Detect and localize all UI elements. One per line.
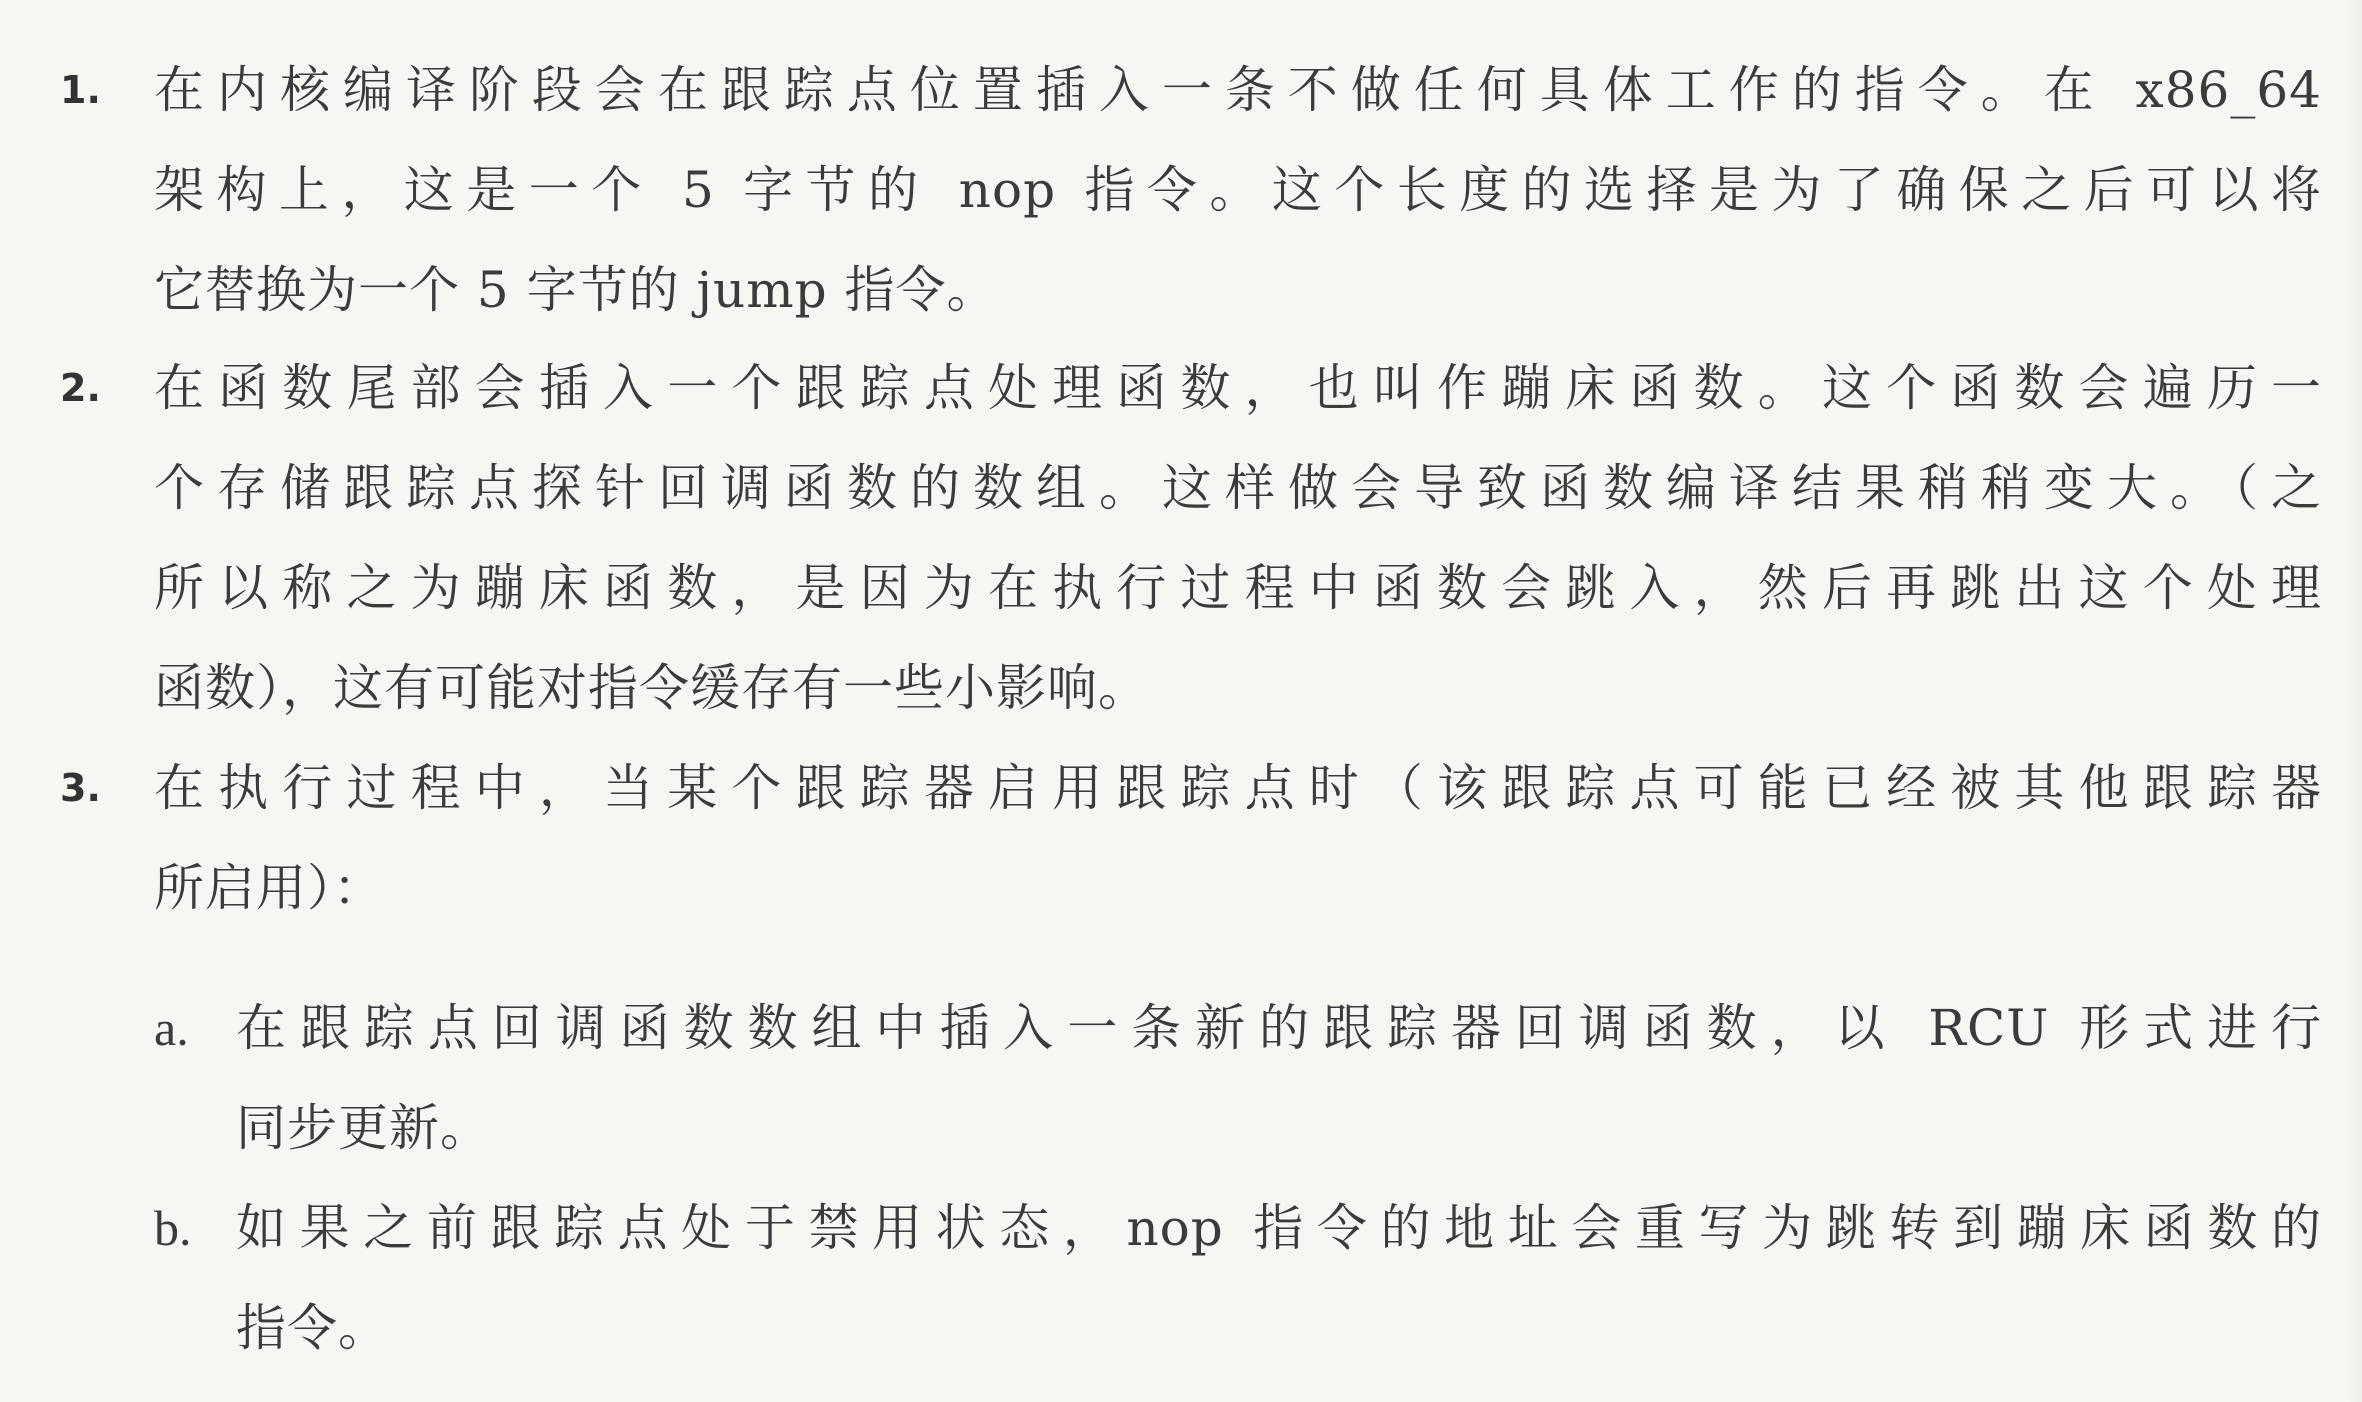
paragraph-line: 同步更新。 [236, 1098, 491, 1158]
paragraph-line: 如果之前跟踪点处于禁用状态，nop 指令的地址会重写为跳转到蹦床函数的 [236, 1198, 2322, 1258]
list-marker: 2. [60, 358, 101, 418]
paragraph-line: 指令。 [236, 1298, 389, 1358]
paragraph-line: 它替换为一个 5 字节的 jump 指令。 [154, 260, 998, 320]
list-marker: 3. [60, 758, 101, 818]
book-page: 1. 在内核编译阶段会在跟踪点位置插入一条不做任何具体工作的指令。在 x86_6… [0, 0, 2362, 1402]
page-edge-shadow [2348, 0, 2362, 1402]
list-marker: 1. [60, 60, 101, 120]
paragraph-line: 在执行过程中，当某个跟踪器启用跟踪点时（该跟踪点可能已经被其他跟踪器 [154, 758, 2322, 818]
paragraph-line: 所以称之为蹦床函数，是因为在执行过程中函数会跳入，然后再跳出这个处理 [154, 558, 2322, 618]
paragraph-line: 在跟踪点回调函数数组中插入一条新的跟踪器回调函数，以 RCU 形式进行 [236, 998, 2322, 1058]
paragraph-line: 在函数尾部会插入一个跟踪点处理函数，也叫作蹦床函数。这个函数会遍历一 [154, 358, 2322, 418]
paragraph-line: 所启用）： [154, 858, 384, 918]
paragraph-line: 架构上，这是一个 5 字节的 nop 指令。这个长度的选择是为了确保之后可以将 [154, 160, 2322, 220]
paragraph-line: 在内核编译阶段会在跟踪点位置插入一条不做任何具体工作的指令。在 x86_64 [154, 60, 2322, 120]
paragraph-line: 个存储跟踪点探针回调函数的数组。这样做会导致函数编译结果稍稍变大。（之 [154, 458, 2322, 518]
sub-list-marker: a. [154, 998, 189, 1058]
paragraph-line: 函数），这有可能对指令缓存有一些小影响。 [154, 658, 1149, 718]
sub-list-marker: b. [154, 1198, 192, 1258]
